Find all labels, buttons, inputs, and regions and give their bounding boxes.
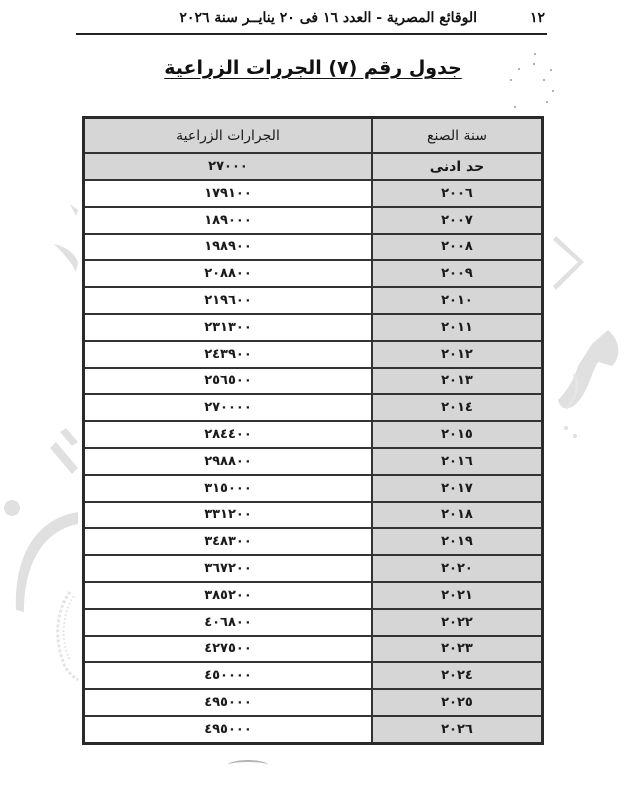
- year-cell: ٢٠١٤: [372, 394, 543, 421]
- value-cell: ٢١٩٦٠٠: [84, 287, 373, 314]
- year-cell: ٢٠٢٠: [372, 555, 543, 582]
- table-header-row: سنة الصنع الجرارات الزراعية: [84, 118, 543, 154]
- value-cell: ٣٤٨٣٠٠: [84, 528, 373, 555]
- table-row: ٢٠١١٢٣١٣٠٠: [84, 314, 543, 341]
- masthead-divider: [76, 33, 547, 35]
- value-cell: ٣٦٧٢٠٠: [84, 555, 373, 582]
- value-cell: ٣٨٥٢٠٠: [84, 582, 373, 609]
- value-cell: ٤٩٥٠٠٠: [84, 689, 373, 716]
- header-tractors: الجرارات الزراعية: [84, 118, 373, 154]
- value-cell: ١٧٩١٠٠: [84, 180, 373, 207]
- table-title: جدول رقم (٧) الجررات الزراعية: [0, 57, 626, 79]
- year-cell: ٢٠٢٦: [372, 716, 543, 743]
- tractors-table: سنة الصنع الجرارات الزراعية حد ادنى ٢٧٠٠…: [82, 116, 544, 745]
- issue-line: الوقائع المصرية - العدد ١٦ فى ٢٠ ينايــر…: [76, 10, 505, 26]
- value-cell: ٤٩٥٠٠٠: [84, 716, 373, 743]
- table-row: ٢٠١٠٢١٩٦٠٠: [84, 287, 543, 314]
- value-cell: ٢٥٦٥٠٠: [84, 368, 373, 395]
- table-row: ٢٠١٩٣٤٨٣٠٠: [84, 528, 543, 555]
- table-row: ٢٠١٤٢٧٠٠٠٠: [84, 394, 543, 421]
- table-row: ٢٠٠٨١٩٨٩٠٠: [84, 234, 543, 261]
- table-row: ٢٠١٢٢٤٣٩٠٠: [84, 341, 543, 368]
- year-cell: ٢٠١٥: [372, 421, 543, 448]
- value-cell: ٢٠٨٨٠٠: [84, 260, 373, 287]
- table-row: ٢٠١٦٢٩٨٨٠٠: [84, 448, 543, 475]
- table-row: ٢٠١٧٣١٥٠٠٠: [84, 475, 543, 502]
- year-cell: ٢٠١٨: [372, 502, 543, 529]
- year-cell: ٢٠١٦: [372, 448, 543, 475]
- year-cell: ٢٠٢١: [372, 582, 543, 609]
- table-row: ٢٠٢٣٤٢٧٥٠٠: [84, 636, 543, 663]
- value-cell: ٢٣١٣٠٠: [84, 314, 373, 341]
- value-cell: ١٩٨٩٠٠: [84, 234, 373, 261]
- table-row: ٢٠١٣٢٥٦٥٠٠: [84, 368, 543, 395]
- value-cell: ٢٨٤٤٠٠: [84, 421, 373, 448]
- page-number: ١٢: [505, 10, 547, 26]
- min-row: حد ادنى ٢٧٠٠٠: [84, 153, 543, 180]
- page-masthead: ١٢ الوقائع المصرية - العدد ١٦ فى ٢٠ يناي…: [76, 4, 547, 32]
- table-row: ٢٠٢٦٤٩٥٠٠٠: [84, 716, 543, 743]
- value-cell: ٤٢٧٥٠٠: [84, 636, 373, 663]
- table-row: ٢٠١٨٣٣١٢٠٠: [84, 502, 543, 529]
- table-row: ٢٠٠٦١٧٩١٠٠: [84, 180, 543, 207]
- value-cell: ٤٠٦٨٠٠: [84, 609, 373, 636]
- year-cell: ٢٠١٧: [372, 475, 543, 502]
- value-cell: ٣٣١٢٠٠: [84, 502, 373, 529]
- table-row: ٢٠١٥٢٨٤٤٠٠: [84, 421, 543, 448]
- bottom-arc-mark: [228, 760, 268, 770]
- year-cell: ٢٠٠٧: [372, 207, 543, 234]
- year-cell: ٢٠١٠: [372, 287, 543, 314]
- year-cell: ٢٠٠٨: [372, 234, 543, 261]
- value-cell: ٢٧٠٠٠٠: [84, 394, 373, 421]
- table-row: ٢٠٢١٣٨٥٢٠٠: [84, 582, 543, 609]
- min-label: حد ادنى: [372, 153, 543, 180]
- year-cell: ٢٠٢٢: [372, 609, 543, 636]
- table-row: ٢٠٢٤٤٥٠٠٠٠: [84, 662, 543, 689]
- year-cell: ٢٠١٩: [372, 528, 543, 555]
- year-cell: ٢٠١٣: [372, 368, 543, 395]
- value-cell: ٢٤٣٩٠٠: [84, 341, 373, 368]
- min-value: ٢٧٠٠٠: [84, 153, 373, 180]
- year-cell: ٢٠٠٦: [372, 180, 543, 207]
- table-row: ٢٠٠٩٢٠٨٨٠٠: [84, 260, 543, 287]
- value-cell: ٣١٥٠٠٠: [84, 475, 373, 502]
- year-cell: ٢٠١١: [372, 314, 543, 341]
- header-year: سنة الصنع: [372, 118, 543, 154]
- value-cell: ١٨٩٠٠٠: [84, 207, 373, 234]
- year-cell: ٢٠٠٩: [372, 260, 543, 287]
- table-row: ٢٠٠٧١٨٩٠٠٠: [84, 207, 543, 234]
- year-cell: ٢٠٢٥: [372, 689, 543, 716]
- year-cell: ٢٠٢٣: [372, 636, 543, 663]
- year-cell: ٢٠٢٤: [372, 662, 543, 689]
- table-row: ٢٠٢٠٣٦٧٢٠٠: [84, 555, 543, 582]
- table-row: ٢٠٢٢٤٠٦٨٠٠: [84, 609, 543, 636]
- table-row: ٢٠٢٥٤٩٥٠٠٠: [84, 689, 543, 716]
- value-cell: ٢٩٨٨٠٠: [84, 448, 373, 475]
- value-cell: ٤٥٠٠٠٠: [84, 662, 373, 689]
- year-cell: ٢٠١٢: [372, 341, 543, 368]
